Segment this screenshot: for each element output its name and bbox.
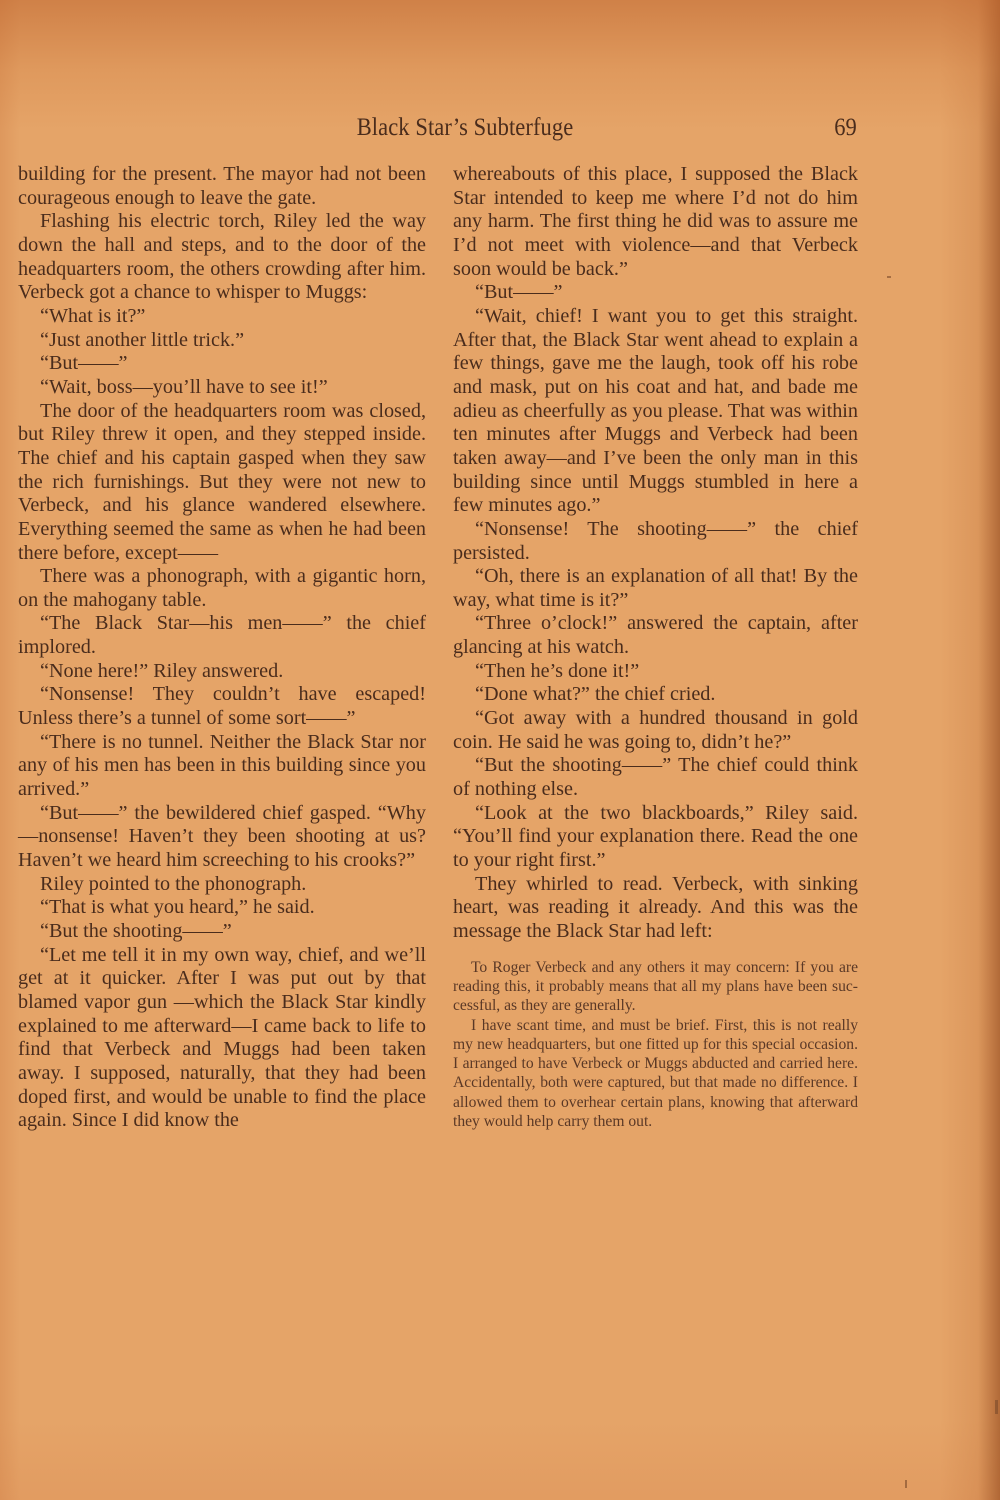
- right-column: whereabouts of this place, I supposed th…: [453, 163, 858, 1131]
- paragraph: “Done what?” the chief cried.: [453, 683, 858, 707]
- left-column: building for the present. The mayor had …: [18, 163, 426, 1133]
- book-page: Black Star’s Subterfuge 69 building for …: [0, 0, 1000, 1500]
- paragraph: “There is no tunnel. Neither the Black S…: [18, 731, 426, 802]
- paragraph: “But——”: [18, 352, 426, 376]
- paragraph: There was a phonograph, with a gigantic …: [18, 565, 426, 612]
- paragraph: The door of the headquarters room was cl…: [18, 400, 426, 566]
- paragraph: “But——”: [453, 281, 858, 305]
- paragraph: “Oh, there is an explanation of all that…: [453, 565, 858, 612]
- running-title: Black Star’s Subterfuge: [60, 114, 816, 142]
- paper-speck: [905, 1480, 907, 1488]
- page-number: 69: [834, 114, 857, 142]
- paper-speck: [887, 276, 891, 278]
- paragraph: Riley pointed to the phonograph.: [18, 873, 426, 897]
- paragraph: Flashing his electric torch, Riley led t…: [18, 210, 426, 305]
- running-head: Black Star’s Subterfuge 69: [18, 112, 858, 148]
- paragraph: “Wait, boss—you’ll have to see it!”: [18, 376, 426, 400]
- paragraph: building for the present. The mayor had …: [18, 163, 426, 210]
- paragraph: whereabouts of this place, I supposed th…: [453, 163, 858, 281]
- letter-paragraph: To Roger Verbeck and any others it may c…: [453, 958, 858, 1016]
- paragraph: They whirled to read. Verbeck, with sink…: [453, 873, 858, 944]
- paragraph: “Let me tell it in my own way, chief, an…: [18, 944, 426, 1133]
- paragraph: “Got away with a hundred thousand in gol…: [453, 707, 858, 754]
- black-star-letter: To Roger Verbeck and any others it may c…: [453, 958, 858, 1132]
- paragraph: “Nonsense! The shooting——” the chief per…: [453, 518, 858, 565]
- paragraph: “That is what you heard,” he said.: [18, 896, 426, 920]
- paragraph: “The Black Star—his men——” the chief imp…: [18, 612, 426, 659]
- paragraph: “Nonsense! They couldn’t have escaped! U…: [18, 683, 426, 730]
- paragraph: “Three o’clock!” answered the cap­tain, …: [453, 612, 858, 659]
- paragraph: “Then he’s done it!”: [453, 660, 858, 684]
- paragraph: “Wait, chief! I want you to get this str…: [453, 305, 858, 518]
- paragraph: “Look at the two blackboards,” Riley sai…: [453, 802, 858, 873]
- paragraph: “But the shooting——” The chief could thi…: [453, 754, 858, 801]
- letter-paragraph: I have scant time, and must be brief. Fi…: [453, 1016, 858, 1132]
- paragraph: “Just another little trick.”: [18, 329, 426, 353]
- paper-speck: [995, 1400, 998, 1414]
- paragraph: “What is it?”: [18, 305, 426, 329]
- paragraph: “But the shooting——”: [18, 920, 426, 944]
- paragraph: “But——” the bewildered chief gasped. “Wh…: [18, 802, 426, 873]
- paragraph: “None here!” Riley answered.: [18, 660, 426, 684]
